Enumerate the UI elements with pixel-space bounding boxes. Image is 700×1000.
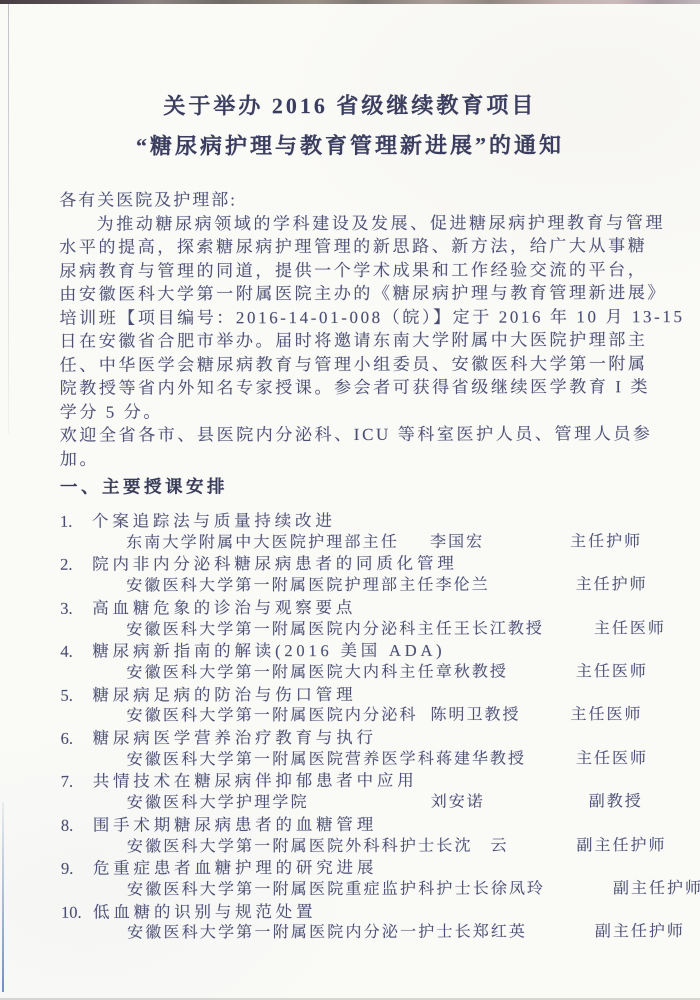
lecturer-rank: 主任医师 bbox=[536, 748, 648, 770]
notice-title-line2: “糖尿病护理与教育管理新进展”的通知 bbox=[59, 125, 641, 167]
lecturer-rank: 副主任护师 bbox=[573, 921, 685, 943]
lecturer-name: 徐凤玲 bbox=[491, 878, 591, 900]
lecture-item: 10. 低血糖的识别与规范处置 安徽医科大学第一附属医院内分泌一护士长 郑红英 … bbox=[61, 900, 643, 945]
scan-top-edge-artifact bbox=[0, 0, 700, 4]
lecture-institution: 安徽医科大学第一附属医院外科科护士长 bbox=[127, 835, 455, 858]
lecture-topic: 低血糖的识别与规范处置 bbox=[93, 901, 316, 923]
lecture-number: 2. bbox=[60, 554, 92, 576]
salutation: 各有关医院及护理部: bbox=[59, 187, 641, 212]
body-line: 学分 5 分。 bbox=[60, 399, 642, 424]
lecture-item: 1. 个案追踪法与质量持续改进 东南大学附属中大医院护理部主任 李国宏 主任护师 bbox=[60, 509, 642, 554]
lecturer-rank: 主任护师 bbox=[530, 531, 642, 553]
lecture-number: 4. bbox=[60, 641, 92, 663]
lecturer-name: 蒋建华教授 bbox=[436, 748, 536, 770]
lecturer-rank: 副主任护师 bbox=[554, 835, 666, 857]
lecture-item: 5. 糖尿病足病的防治与伤口管理 安徽医科大学第一附属医院内分泌科 陈明卫教授 … bbox=[60, 683, 642, 728]
lecturer-name: 陈明卫教授 bbox=[430, 705, 530, 727]
scan-left-edge-blue-line bbox=[2, 802, 4, 992]
body-line: 任、中华医学会糖尿病教育与管理小组委员、安徽医科大学第一附属 bbox=[60, 352, 642, 377]
scanned-notice-page: 关于举办 2016 省级继续教育项目 “糖尿病护理与教育管理新进展”的通知 各有… bbox=[0, 0, 700, 1000]
lecture-institution: 安徽医科大学第一附属医院内分泌科 bbox=[126, 705, 430, 727]
scan-left-edge-line bbox=[8, 4, 9, 434]
lecturer-name: 郑红英 bbox=[473, 922, 573, 944]
lecture-institution: 安徽医科大学第一附属医院大内科主任 bbox=[126, 662, 435, 685]
lecture-institution: 东南大学附属中大医院护理部主任 bbox=[126, 531, 430, 553]
lecture-number: 1. bbox=[60, 511, 92, 533]
lecture-institution: 安徽医科大学第一附属医院护理部主任 bbox=[126, 575, 435, 598]
lecture-topic: 围手术期糖尿病患者的血糖管理 bbox=[93, 814, 377, 836]
lecturer-name: 刘安诺 bbox=[431, 792, 531, 814]
lecture-topic: 糖尿病足病的防治与伤口管理 bbox=[92, 684, 356, 706]
body-line: 院教授等省内外知名专家授课。参会者可获得省级继续医学教育 I 类 bbox=[60, 375, 642, 400]
body-line: 水平的提高，探索糖尿病护理管理的新思路、新方法，给广大从事糖 bbox=[59, 234, 641, 259]
lecture-institution: 安徽医科大学第一附属医院营养医学科 bbox=[127, 749, 436, 772]
section-heading-lecture-schedule: 一、主要授课安排 bbox=[60, 473, 642, 499]
lecturer-name: 李伦兰 bbox=[436, 575, 536, 597]
lecture-item: 7. 共情技术在糖尿病伴抑郁患者中应用 安徽医科大学护理学院 刘安诺 副教授 bbox=[61, 770, 643, 815]
lecture-item: 2. 院内非内分泌科糖尿病患者的同质化管理 安徽医科大学第一附属医院护理部主任 … bbox=[60, 553, 642, 598]
lecturer-name: 王长江教授 bbox=[454, 618, 554, 640]
lecture-number: 10. bbox=[61, 901, 93, 923]
lecture-institution: 安徽医科大学第一附属医院内分泌科主任 bbox=[126, 618, 454, 641]
body-line: 为推动糖尿病领域的学科建设及发展、促进糖尿病护理教育与管理 bbox=[59, 211, 641, 236]
body-line: 培训班【项目编号：2016-14-01-008（皖）】定于 2016 年 10 … bbox=[59, 305, 641, 330]
lecture-number: 5. bbox=[60, 684, 92, 706]
lecturer-name: 沈 云 bbox=[454, 835, 554, 857]
lecture-institution: 安徽医科大学护理学院 bbox=[127, 792, 431, 814]
lecture-number: 3. bbox=[60, 597, 92, 619]
lecturer-rank: 副主任护师 bbox=[591, 878, 700, 900]
lecturer-rank: 副教授 bbox=[531, 791, 643, 813]
lecture-institution: 安徽医科大学第一附属医院内分泌一护士长 bbox=[127, 922, 473, 945]
lecture-topic: 个案追踪法与质量持续改进 bbox=[92, 510, 336, 532]
lecture-topic: 糖尿病医学营养治疗教育与执行 bbox=[93, 727, 377, 749]
lecture-number: 8. bbox=[61, 815, 93, 837]
lecturer-name: 章秋教授 bbox=[436, 661, 536, 683]
lecturer-rank: 主任医师 bbox=[554, 618, 666, 640]
lecture-number: 7. bbox=[61, 771, 93, 793]
lecture-topic: 糖尿病新指南的解读(2016 美国 ADA) bbox=[92, 640, 445, 663]
lecture-institution: 安徽医科大学第一附属医院重症监护科护士长 bbox=[127, 879, 491, 902]
lecturer-rank: 主任医师 bbox=[536, 661, 648, 683]
lecture-number: 9. bbox=[61, 858, 93, 880]
lecture-topic: 高血糖危象的诊治与观察要点 bbox=[92, 597, 356, 619]
lecture-topic: 危重症患者血糖护理的研究进展 bbox=[93, 857, 377, 879]
lecture-item: 3. 高血糖危象的诊治与观察要点 安徽医科大学第一附属医院内分泌科主任 王长江教… bbox=[60, 596, 642, 641]
body-line: 由安徽医科大学第一附属医院主办的《糖尿病护理与教育管理新进展》 bbox=[59, 281, 641, 306]
body-line: 欢迎全省各市、县医院内分泌科、ICU 等科室医护人员、管理人员参 bbox=[60, 422, 642, 447]
lecture-item: 8. 围手术期糖尿病患者的血糖管理 安徽医科大学第一附属医院外科科护士长 沈 云… bbox=[61, 813, 643, 858]
notice-content: 关于举办 2016 省级继续教育项目 “糖尿病护理与教育管理新进展”的通知 各有… bbox=[59, 85, 643, 945]
body-line: 尿病教育与管理的同道，提供一个学术成果和工作经验交流的平台， bbox=[59, 258, 641, 283]
body-line: 日在安徽省合肥市举办。届时将邀请东南大学附属中大医院护理部主 bbox=[60, 328, 642, 353]
lecture-number: 6. bbox=[61, 728, 93, 750]
lecture-item: 9. 危重症患者血糖护理的研究进展 安徽医科大学第一附属医院重症监护科护士长 徐… bbox=[61, 856, 643, 901]
lecture-topic: 院内非内分泌科糖尿病患者的同质化管理 bbox=[92, 553, 457, 576]
lecture-item: 4. 糖尿病新指南的解读(2016 美国 ADA) 安徽医科大学第一附属医院大内… bbox=[60, 639, 642, 684]
lecturer-rank: 主任护师 bbox=[536, 574, 648, 596]
lecture-item: 6. 糖尿病医学营养治疗教育与执行 安徽医科大学第一附属医院营养医学科 蒋建华教… bbox=[61, 726, 643, 771]
notice-title-line1: 关于举办 2016 省级继续教育项目 bbox=[59, 85, 641, 127]
body-line: 加。 bbox=[60, 446, 642, 471]
lecturer-rank: 主任医师 bbox=[530, 705, 642, 727]
lecture-list: 1. 个案追踪法与质量持续改进 东南大学附属中大医院护理部主任 李国宏 主任护师… bbox=[60, 509, 643, 945]
lecture-topic: 共情技术在糖尿病伴抑郁患者中应用 bbox=[93, 770, 418, 793]
lecturer-name: 李国宏 bbox=[430, 531, 530, 553]
